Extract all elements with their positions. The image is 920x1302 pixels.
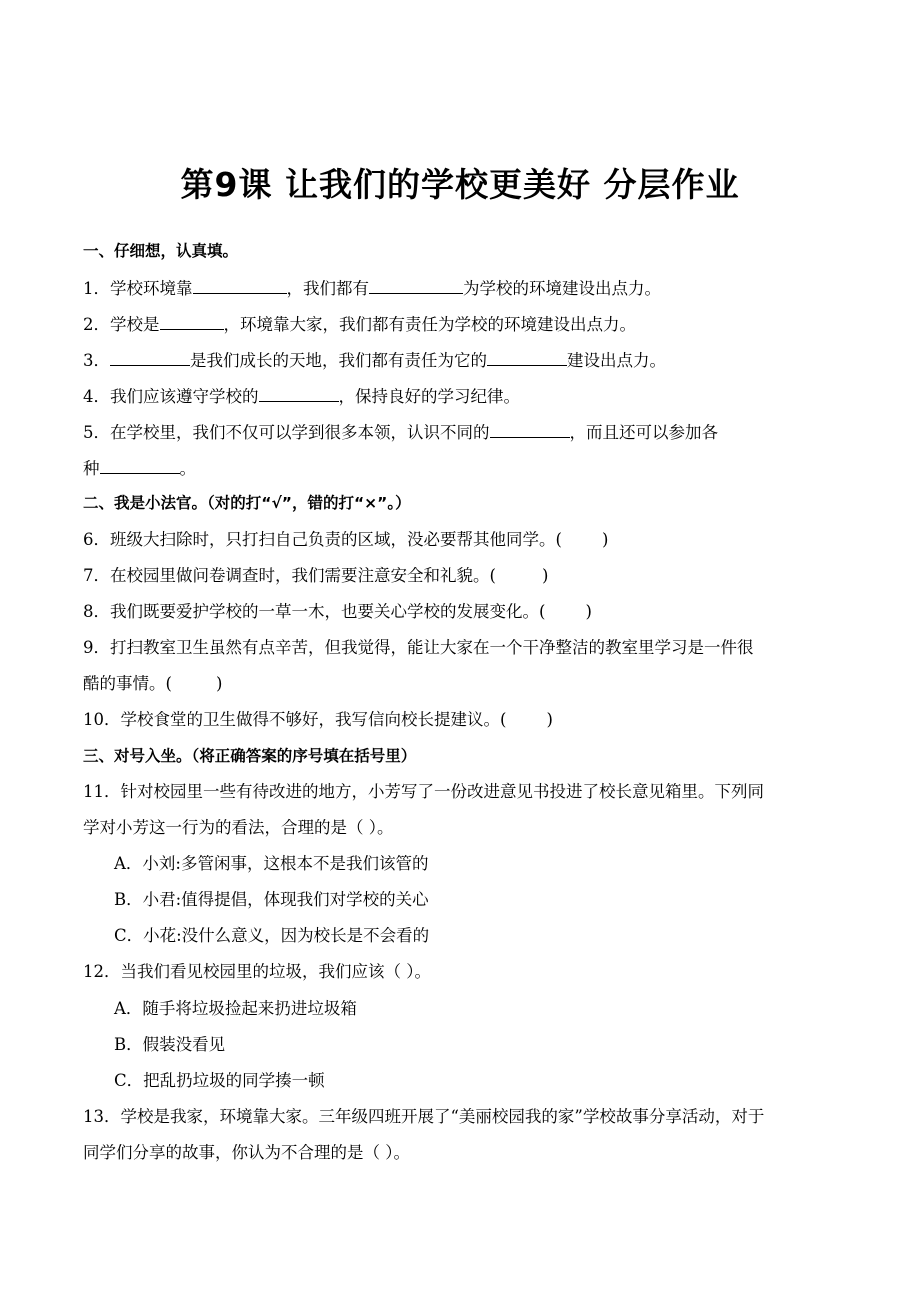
question-text: 是我们成长的天地，我们都有责任为它的 <box>190 351 487 370</box>
close-paren: ) <box>585 602 591 621</box>
question-number: 12． <box>83 962 121 981</box>
question-number: 5． <box>83 423 110 442</box>
question-11-continuation: 学对小芳这一行为的看法，合理的是（ ）。 <box>83 816 394 840</box>
question-11-option-c[interactable]: C．小花:没什么意义，因为校长是不会看的 <box>114 924 429 948</box>
question-text: 酷的事情。( <box>83 674 172 693</box>
question-text: 我们应该遵守学校的 <box>110 387 259 406</box>
question-2: 2．学校是，环境靠大家，我们都有责任为学校的环境建设出点力。 <box>83 311 636 337</box>
question-9: 9．打扫教室卫生虽然有点辛苦，但我觉得，能让大家在一个干净整洁的教室里学习是一件… <box>83 636 754 660</box>
question-text: 为学校的环境建设出点力。 <box>463 279 661 298</box>
fill-blank[interactable] <box>160 311 224 330</box>
fill-blank[interactable] <box>259 383 339 402</box>
question-12-option-b[interactable]: B．假装没看见 <box>114 1033 225 1057</box>
question-10: 10．学校食堂的卫生做得不够好，我写信向校长提建议。() <box>83 708 553 732</box>
question-number: 3． <box>83 351 110 370</box>
question-6: 6．班级大扫除时，只打扫自己负责的区域，没必要帮其他同学。() <box>83 528 608 552</box>
question-text: 种 <box>83 459 100 478</box>
page-title: 第9课 让我们的学校更美好 分层作业 <box>0 160 920 210</box>
question-text: 打扫教室卫生虽然有点辛苦，但我觉得，能让大家在一个干净整洁的教室里学习是一件很 <box>110 638 754 657</box>
question-number: 4． <box>83 387 110 406</box>
question-11-option-b[interactable]: B．小君:值得提倡，体现我们对学校的关心 <box>114 888 429 912</box>
question-text: 学校是 <box>110 315 160 334</box>
question-4: 4．我们应该遵守学校的，保持良好的学习纪律。 <box>83 383 520 409</box>
question-11-option-a[interactable]: A．小刘:多管闲事，这根本不是我们该管的 <box>114 852 428 876</box>
question-5-continuation: 种。 <box>83 455 196 481</box>
close-paren: ) <box>602 530 608 549</box>
question-number: 6． <box>83 530 110 549</box>
question-11: 11．针对校园里一些有待改进的地方，小芳写了一份改进意见书投进了校长意见箱里。下… <box>83 780 764 804</box>
question-12: 12．当我们看见校园里的垃圾，我们应该（ ）。 <box>83 960 431 984</box>
question-number: 7． <box>83 566 110 585</box>
question-9-continuation: 酷的事情。() <box>83 672 222 696</box>
close-paren: ) <box>216 674 222 693</box>
question-number: 13． <box>83 1107 121 1126</box>
question-text: 学校环境靠 <box>110 279 193 298</box>
question-text: ，保持良好的学习纪律。 <box>339 387 521 406</box>
fill-blank[interactable] <box>490 419 570 438</box>
question-text: ，环境靠大家，我们都有责任为学校的环境建设出点力。 <box>224 315 637 334</box>
question-13-continuation: 同学们分享的故事，你认为不合理的是（ ）。 <box>83 1141 410 1165</box>
question-text: 班级大扫除时，只打扫自己负责的区域，没必要帮其他同学。( <box>110 530 562 549</box>
question-8: 8．我们既要爱护学校的一草一木，也要关心学校的发展变化。() <box>83 600 592 624</box>
question-number: 10． <box>83 710 121 729</box>
fill-blank[interactable] <box>100 455 180 474</box>
document-page: 第9课 让我们的学校更美好 分层作业 一、仔细想，认真填。 1．学校环境靠，我们… <box>0 0 920 1302</box>
question-text: 学校食堂的卫生做得不够好，我写信向校长提建议。( <box>121 710 507 729</box>
question-12-option-c[interactable]: C．把乱扔垃圾的同学揍一顿 <box>114 1069 325 1093</box>
question-number: 11． <box>83 782 121 801</box>
question-text: 学校是我家，环境靠大家。三年级四班开展了“美丽校园我的家”学校故事分享活动，对于 <box>121 1107 765 1126</box>
fill-blank[interactable] <box>110 347 190 366</box>
question-text: 我们既要爱护学校的一草一木，也要关心学校的发展变化。( <box>110 602 545 621</box>
question-5: 5．在学校里，我们不仅可以学到很多本领，认识不同的，而且还可以参加各 <box>83 419 718 445</box>
close-paren: ) <box>542 566 548 585</box>
question-text: ，我们都有 <box>287 279 370 298</box>
fill-blank[interactable] <box>487 347 567 366</box>
question-1: 1．学校环境靠，我们都有为学校的环境建设出点力。 <box>83 275 661 301</box>
question-text: 在校园里做问卷调查时，我们需要注意安全和礼貌。( <box>110 566 496 585</box>
question-text: 针对校园里一些有待改进的地方，小芳写了一份改进意见书投进了校长意见箱里。下列同 <box>121 782 765 801</box>
question-number: 9． <box>83 638 110 657</box>
question-text: 当我们看见校园里的垃圾，我们应该（ ）。 <box>121 962 432 981</box>
question-7: 7．在校园里做问卷调查时，我们需要注意安全和礼貌。() <box>83 564 548 588</box>
question-13: 13．学校是我家，环境靠大家。三年级四班开展了“美丽校园我的家”学校故事分享活动… <box>83 1105 764 1129</box>
question-number: 1． <box>83 279 110 298</box>
fill-blank[interactable] <box>369 275 463 294</box>
question-text: 。 <box>180 459 197 478</box>
question-text: 在学校里，我们不仅可以学到很多本领，认识不同的 <box>110 423 490 442</box>
section-heading-2: 二、我是小法官。（对的打“√”，错的打“×”。） <box>83 491 411 515</box>
question-text: ，而且还可以参加各 <box>570 423 719 442</box>
section-heading-3: 三、对号入坐。（将正确答案的序号填在括号里） <box>83 744 416 768</box>
fill-blank[interactable] <box>193 275 287 294</box>
section-heading-1: 一、仔细想，认真填。 <box>83 239 238 263</box>
question-3: 3．是我们成长的天地，我们都有责任为它的建设出点力。 <box>83 347 666 373</box>
close-paren: ) <box>546 710 552 729</box>
question-number: 2． <box>83 315 110 334</box>
question-number: 8． <box>83 602 110 621</box>
question-text: 建设出点力。 <box>567 351 666 370</box>
question-12-option-a[interactable]: A．随手将垃圾捡起来扔进垃圾箱 <box>114 997 357 1021</box>
